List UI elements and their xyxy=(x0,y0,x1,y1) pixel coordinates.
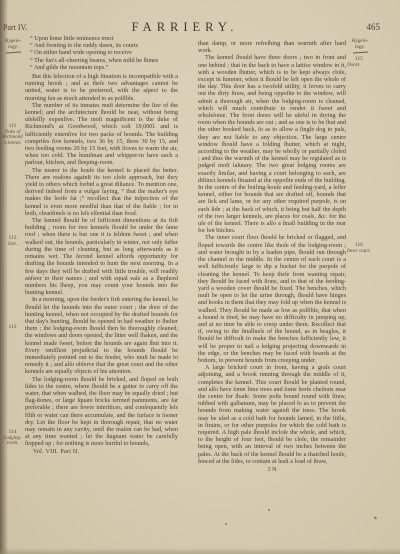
scan-speck xyxy=(225,523,227,525)
margin-note-label: Lodging-room. xyxy=(2,436,23,447)
right-running-head: Hygeio-logy. xyxy=(348,38,372,53)
body-paragraph: The kennel ſhould be of ſufficient dimen… xyxy=(25,217,178,296)
margin-note-number: 113 xyxy=(2,325,23,331)
margin-note-label: Duke of Richmond's kennel. xyxy=(2,130,23,147)
running-head-text: Hygeio-logy. xyxy=(352,38,369,50)
running-head-text: Hygeio-logy. xyxy=(5,38,22,50)
left-text-column: “ Upon ſome little eminence erect “ And … xyxy=(25,35,178,455)
body-paragraph: The inner court floor ſhould be bricked … xyxy=(198,234,346,364)
margin-note-label: Doors. xyxy=(347,63,385,69)
poem-quotation: “ Upon ſome little eminence erect “ And … xyxy=(30,35,178,71)
poem-line: “ And gilds the mountain tops.” xyxy=(30,64,178,71)
scan-speck xyxy=(374,516,377,519)
margin-note-111: 111 Duke of Richmond's kennel. xyxy=(2,124,23,146)
body-paragraph: A large bricked court in front, having a… xyxy=(198,364,346,465)
scanned-book-page: Part IV. FARRIERY. 465 Hygeio-logy. 111 … xyxy=(0,0,400,554)
margin-note-112: 112 Size. xyxy=(2,236,23,247)
page-bottom-edge xyxy=(0,548,400,554)
margin-note-116: 116 Inner court. xyxy=(347,243,385,254)
body-paragraph: than damp, or more refreſhing than warmt… xyxy=(198,40,346,54)
volume-footer: Vol. VIII. Part II. xyxy=(25,448,178,455)
margin-note-115: 115 Doors. xyxy=(347,57,385,68)
page-title: FARRIERY. xyxy=(0,20,370,35)
body-paragraph: The kennel ſhould have three doors ; two… xyxy=(198,54,346,234)
poem-line: “ The ſun's all-cheering beams, when mil… xyxy=(30,57,178,64)
body-paragraph: In a morning, upon the feeder's firſt en… xyxy=(25,296,178,375)
poem-line: “ On either hand wide opening to receive xyxy=(30,49,178,56)
binding-edge-shadow xyxy=(0,0,8,554)
signature-mark: 3 N xyxy=(198,466,346,473)
body-paragraph: The lodging-room ſhould be bricked, and … xyxy=(25,376,178,448)
body-paragraph: The nearer to the houſe the kennel is pl… xyxy=(25,167,178,217)
poem-line: “ And fronting to the ruddy dawn, its co… xyxy=(30,42,178,49)
right-text-column: than damp, or more refreſhing than warmt… xyxy=(198,40,346,473)
margin-note-113: 113 xyxy=(2,325,23,331)
body-paragraph: The number of its inmates muſt determine… xyxy=(25,102,178,167)
poem-line: “ Upon ſome little eminence erect xyxy=(30,35,178,42)
margin-note-label: Inner court. xyxy=(347,249,385,255)
body-paragraph: But this ſelection of a high ſituation i… xyxy=(25,73,178,102)
margin-note-label: Size. xyxy=(2,242,23,248)
running-head-rule xyxy=(352,51,367,53)
scan-speck xyxy=(268,509,270,511)
margin-note-114: 114 Lodging-room. xyxy=(2,430,23,447)
running-head-rule xyxy=(5,51,20,53)
page-number: 465 xyxy=(367,22,381,32)
left-running-head: Hygeio-logy. xyxy=(2,38,24,53)
